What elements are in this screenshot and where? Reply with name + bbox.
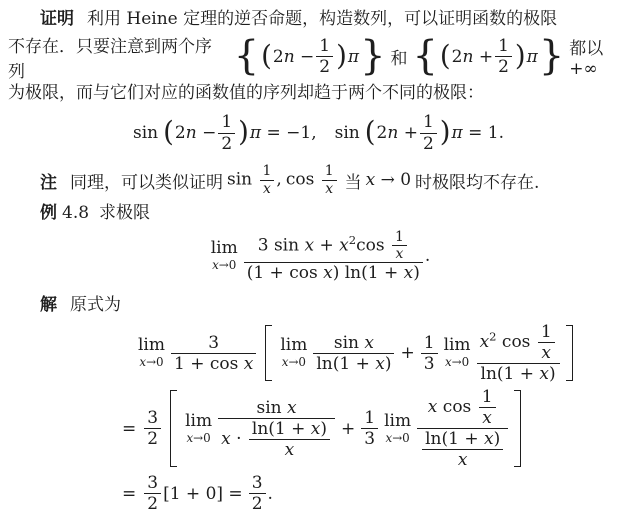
math-token: ): [494, 429, 501, 449]
numerator: 3 sin x + x2cos 1x: [244, 229, 423, 263]
denominator: 2: [218, 133, 235, 154]
solution-label: 解: [40, 295, 57, 315]
math-token: 2: [175, 123, 186, 143]
fraction-one-half: 12: [218, 112, 235, 153]
numerator: x cos 1x: [417, 387, 508, 428]
math-var-x: x: [395, 246, 403, 262]
left-paren-delimiter: (: [365, 119, 376, 147]
cos-function: cos: [356, 235, 384, 255]
math-run: π = 1.: [452, 123, 504, 143]
proof-text-3: 都以 +∞: [569, 34, 637, 79]
denominator: x: [260, 180, 275, 197]
dot-operator: ·: [236, 429, 241, 449]
math-var-x: x: [244, 354, 254, 374]
math-var-pi: π: [452, 123, 463, 143]
math-var-n: n: [284, 47, 295, 67]
lim-operator: limx→0: [280, 337, 307, 368]
math-var-x: x: [304, 235, 314, 255]
derivation-line-3: = 32 [1 + 0] = 32 .: [122, 473, 637, 511]
fraction-one-over-x: 1x: [479, 387, 496, 428]
lim-subscript: x→0: [212, 259, 236, 272]
right-paren-delimiter: ): [238, 119, 249, 147]
equals-one: = 1.: [468, 123, 504, 143]
sin-function: sin: [274, 235, 299, 255]
fraction-ln-over-x: ln(1 + x)x: [422, 429, 503, 470]
fraction-x2cos-over-ln: x2 cos 1xln(1 + x): [477, 322, 560, 384]
fraction-sinx-over-ln: sin xln(1 + x): [313, 333, 394, 374]
numerator: 1: [479, 387, 496, 407]
math-token: →0: [219, 258, 237, 272]
fraction-three-halves: 32: [144, 473, 161, 511]
numerator: 1: [420, 112, 437, 132]
math-token: 1 +: [174, 354, 204, 374]
lim-subscript: x→0: [139, 356, 163, 369]
numerator: x2 cos 1x: [477, 322, 560, 363]
fraction-one-half: 12: [316, 36, 333, 77]
cos-function: cos: [210, 354, 238, 374]
denominator: ln(1 + x): [313, 353, 394, 374]
math-var-n: n: [462, 47, 473, 67]
denominator: 2: [495, 56, 512, 77]
exponent-2: 2: [489, 330, 496, 344]
denominator: x: [538, 342, 555, 363]
sin-function: sin: [256, 398, 281, 418]
fraction-one-over-x: 1x: [322, 163, 337, 197]
denominator: (1 + cos x) ln(1 + x): [244, 262, 423, 283]
math-token: →0: [392, 431, 410, 445]
sequence-2-body: 2n +: [452, 47, 493, 67]
lim-subscript: x→0: [282, 356, 306, 369]
math-var-x: x: [325, 181, 333, 197]
math-token: ln(1 +: [316, 354, 369, 374]
lim-word: lim: [444, 337, 471, 355]
math-token: 3: [258, 235, 269, 255]
math-token: ): [320, 419, 327, 439]
sin-function: sin: [227, 170, 252, 190]
denominator: 2: [316, 56, 333, 77]
cos-one-over-x: cos 1x: [286, 163, 339, 197]
equals-neg-one: = −1,: [267, 123, 317, 143]
sin-one-over-x: sin 1x,: [227, 163, 282, 197]
note-text-2: 当: [345, 168, 362, 193]
math-token: →0: [146, 355, 164, 369]
note-text-3: 时极限均不存在.: [415, 168, 539, 193]
lim-subscript: x→0: [186, 432, 210, 445]
math-token: →0: [288, 355, 306, 369]
math-var-x: x: [285, 440, 295, 460]
math-var-x: x: [364, 333, 374, 353]
note-line: 注 同理，可以类似证明 sin 1x, cos 1x 当 x → 0 时极限均不…: [0, 160, 637, 200]
math-var-x: x: [458, 450, 468, 470]
minus-sign: −: [202, 123, 216, 143]
left-bracket: [265, 325, 272, 381]
exponent-2: 2: [349, 233, 356, 247]
plus-sign: +: [479, 47, 493, 67]
math-token: ): [549, 364, 556, 384]
minus-sign: −: [300, 47, 314, 67]
math-var-x: x: [484, 429, 494, 449]
numerator: 1: [316, 36, 333, 56]
lim-word: lim: [185, 413, 212, 431]
math-token: →0: [193, 431, 211, 445]
right-bracket: [514, 390, 521, 467]
math-token: →0: [452, 355, 470, 369]
denominator: x: [392, 245, 407, 262]
lim-operator: limx→0: [185, 413, 212, 444]
numerator: 1: [495, 36, 512, 56]
fraction-one-over-x: 1x: [392, 229, 407, 263]
derivation-line-1: limx→0 31 + cos x limx→0 sin xln(1 + x) …: [122, 322, 637, 384]
proof-text-4: 为极限，而与它们对应的函数值的序列却趋于两个不同的极限：: [8, 83, 484, 103]
math-token: ): [413, 263, 420, 283]
numerator: ln(1 + x): [422, 429, 503, 449]
denominator: x · ln(1 + x)x: [218, 418, 335, 460]
math-var-x: x: [404, 263, 414, 283]
sin-function: sin: [335, 123, 360, 143]
math-run: 2n −: [175, 123, 216, 143]
fraction-sinx-over-xlnx: sin xx · ln(1 + x)x: [218, 398, 335, 460]
lim-word: lim: [138, 337, 165, 355]
derivation-line-2: = 32 limx→0 sin xx · ln(1 + x)x + 13 lim…: [122, 387, 637, 470]
comma: ,: [276, 170, 281, 190]
denominator: 2: [144, 428, 161, 449]
left-paren-delimiter: (: [440, 43, 451, 71]
math-token: ln(1 +: [481, 364, 534, 384]
math-var-pi: π: [348, 47, 359, 67]
sin-function: sin: [133, 123, 158, 143]
textbook-page: 证明利用 Heine 定理的逆否命题，构造数列，可以证明函数的极限 不存在．只要…: [0, 0, 637, 511]
sequence-1-body: 2n −: [273, 47, 314, 67]
fraction-one-over-x: 1x: [260, 163, 275, 197]
example-label: 例: [40, 203, 57, 223]
x-tends-to-zero: x → 0: [366, 170, 411, 190]
proof-text-2: 不存在．只要注意到两个序列: [8, 32, 229, 82]
numerator: 3: [144, 408, 161, 428]
denominator: ln(1 + x)x: [417, 428, 508, 470]
denominator: 2: [249, 493, 266, 511]
fraction-xcos-over-lnfrac: x cos 1xln(1 + x)x: [417, 387, 508, 470]
lim-word: lim: [384, 413, 411, 431]
numerator: 1: [421, 333, 438, 353]
derivation-block: limx→0 31 + cos x limx→0 sin xln(1 + x) …: [0, 322, 637, 511]
right-paren-delimiter: ): [515, 43, 526, 71]
solution-heading: 解原式为: [0, 292, 637, 319]
numerator: 1: [260, 163, 275, 179]
math-var-x: x: [221, 429, 231, 449]
proof-text-1: 利用 Heine 定理的逆否命题，构造数列，可以证明函数的极限: [87, 9, 557, 29]
cos-function: cos: [286, 170, 314, 190]
numerator: 1: [392, 229, 407, 245]
cos-function: cos: [502, 332, 530, 352]
note-label: 注: [40, 168, 57, 193]
lim-operator: limx→0: [444, 337, 471, 368]
plus-sign: +: [319, 235, 333, 255]
math-var-x: x: [375, 354, 385, 374]
left-bracket: [170, 390, 177, 467]
solution-text: 原式为: [70, 295, 121, 315]
math-token: ln(1 +: [252, 419, 305, 439]
denominator: 3: [361, 428, 378, 449]
example-number: 4.8: [62, 203, 89, 223]
denominator: 2: [420, 133, 437, 154]
equals-sign: =: [122, 419, 136, 439]
math-token: ): [333, 263, 340, 283]
math-var-x: x: [541, 343, 551, 363]
equation-sin-limits: sin ( 2n − 12 ) π = −1, sin ( 2n + 12 ) …: [0, 108, 637, 158]
fraction-one-half: 12: [495, 36, 512, 77]
note-text-1: 同理，可以类似证明: [70, 168, 223, 193]
fraction-three-halves: 32: [144, 408, 161, 449]
math-var-x: x: [263, 181, 271, 197]
denominator: x: [322, 180, 337, 197]
math-var-x: x: [287, 398, 297, 418]
math-var-x: x: [428, 397, 438, 417]
fraction-one-over-x: 1x: [538, 322, 555, 363]
numerator: 1: [538, 322, 555, 342]
math-var-x: x: [339, 235, 349, 255]
proof-label: 证明: [40, 9, 74, 29]
fraction-one-third: 13: [421, 333, 438, 374]
denominator: 3: [421, 353, 438, 374]
lim-subscript: x→0: [385, 432, 409, 445]
numerator: ln(1 + x): [249, 419, 330, 439]
math-var-x: x: [482, 408, 492, 428]
denominator: x: [249, 439, 330, 460]
math-var-n: n: [186, 123, 197, 143]
period: .: [425, 246, 430, 266]
example-heading: 例4.8求极限: [0, 201, 637, 226]
numerator: 3: [249, 473, 266, 493]
proof-paragraph-line-3: 为极限，而与它们对应的函数值的序列却趋于两个不同的极限：: [0, 81, 637, 106]
numerator: sin x: [313, 333, 394, 353]
lim-operator: limx→0: [211, 240, 238, 271]
denominator: x: [422, 449, 503, 470]
lim-word: lim: [280, 337, 307, 355]
proof-text-and: 和: [390, 44, 407, 69]
math-token: ln(1 +: [345, 263, 398, 283]
cos-function: cos: [289, 263, 317, 283]
period: .: [268, 484, 273, 504]
lim-subscript: x→0: [445, 356, 469, 369]
math-var-x: x: [212, 258, 219, 272]
math-run: π = −1,: [250, 123, 317, 143]
math-run: 2n +: [377, 123, 418, 143]
math-token: 2: [452, 47, 463, 67]
proof-paragraph-line-2: 不存在．只要注意到两个序列 { ( 2n − 12 ) π } 和 { ( 2n…: [0, 32, 637, 81]
math-token: (1 +: [247, 263, 284, 283]
cos-function: cos: [443, 397, 471, 417]
math-var-x: x: [323, 263, 333, 283]
left-paren-delimiter: (: [261, 43, 272, 71]
right-brace-delimiter: }: [539, 37, 564, 77]
math-var-x: x: [480, 332, 490, 352]
limit-problem-formula: limx→0 3 sin x + x2cos 1x(1 + cos x) ln(…: [0, 228, 637, 284]
math-token: 2: [377, 123, 388, 143]
fraction-three-halves: 32: [249, 473, 266, 511]
math-var-x: x: [366, 170, 376, 190]
math-var-x: x: [311, 419, 321, 439]
lim-operator: limx→0: [138, 337, 165, 368]
math-var-pi: π: [250, 123, 261, 143]
right-bracket: [566, 325, 573, 381]
example-text: 求极限: [99, 203, 150, 223]
fraction-one-third: 13: [361, 408, 378, 449]
plus-sign: +: [341, 419, 355, 439]
math-token: → 0: [381, 170, 411, 190]
right-paren-delimiter: ): [336, 43, 347, 71]
math-token: ): [385, 354, 392, 374]
fraction-one-half: 12: [420, 112, 437, 153]
numerator: sin x: [218, 398, 335, 418]
numerator: 3: [144, 473, 161, 493]
right-brace-delimiter: }: [360, 37, 385, 77]
math-token: 2: [273, 47, 284, 67]
fraction-ln-over-x: ln(1 + x)x: [249, 419, 330, 460]
plus-sign: +: [400, 343, 414, 363]
left-brace-delimiter: {: [234, 37, 259, 77]
plus-sign: +: [404, 123, 418, 143]
denominator: 2: [144, 493, 161, 511]
numerator: 3: [171, 333, 256, 353]
math-var-x: x: [445, 355, 452, 369]
numerator: 1: [361, 408, 378, 428]
equals-sign: =: [122, 484, 136, 504]
sin-function: sin: [334, 333, 359, 353]
right-paren-delimiter: ): [440, 119, 451, 147]
proof-paragraph-line-1: 证明利用 Heine 定理的逆否命题，构造数列，可以证明函数的极限: [0, 7, 637, 32]
lim-word: lim: [211, 240, 238, 258]
denominator: x: [479, 407, 496, 428]
lim-operator: limx→0: [384, 413, 411, 444]
left-brace-delimiter: {: [412, 37, 437, 77]
numerator: 1: [322, 163, 337, 179]
math-var-n: n: [387, 123, 398, 143]
math-token: ln(1 +: [425, 429, 478, 449]
left-paren-delimiter: (: [163, 119, 174, 147]
math-var-x: x: [539, 364, 549, 384]
math-var-pi: π: [527, 47, 538, 67]
numerator: 1: [218, 112, 235, 132]
bracket-one-plus-zero: [1 + 0] =: [163, 484, 243, 504]
denominator: 1 + cos x: [171, 353, 256, 374]
main-fraction: 3 sin x + x2cos 1x(1 + cos x) ln(1 + x): [244, 229, 423, 284]
fraction-3-over-1pluscos: 31 + cos x: [171, 333, 256, 374]
denominator: ln(1 + x): [477, 363, 560, 384]
